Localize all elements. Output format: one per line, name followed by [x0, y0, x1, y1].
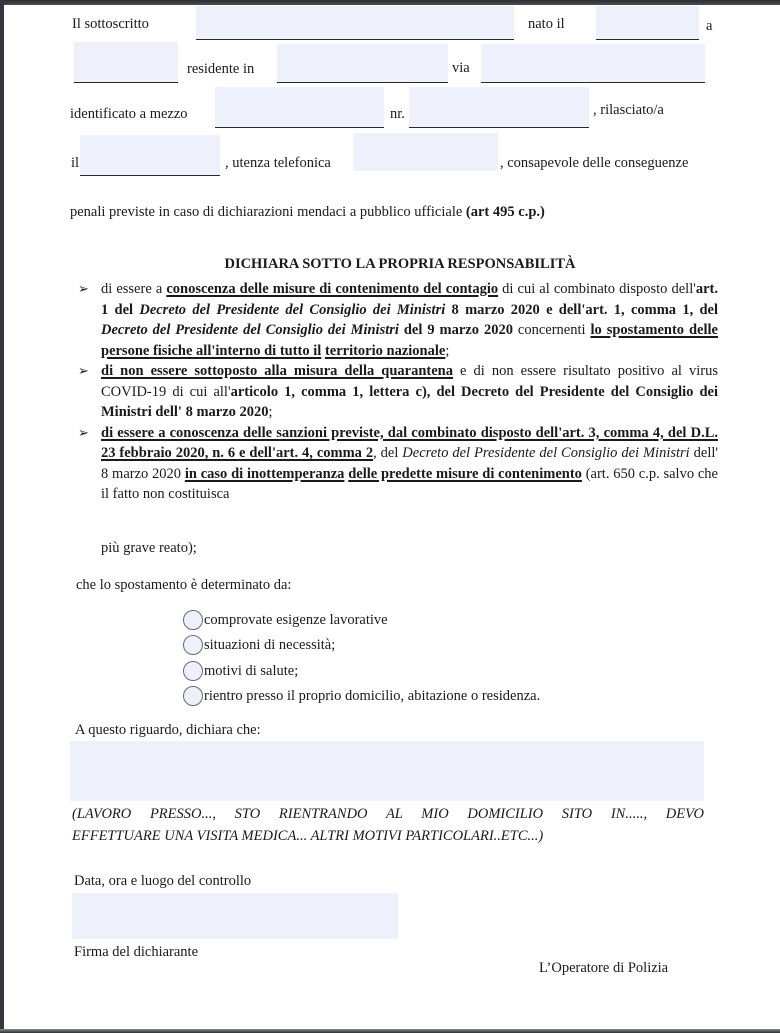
residence-field[interactable] [277, 44, 448, 83]
issue-date-field[interactable] [80, 135, 220, 176]
declaration-heading: DICHIARA SOTTO LA PROPRIA RESPONSABILITÀ [60, 256, 740, 273]
document-type-field[interactable] [215, 87, 384, 128]
declaration-item: ➢ di essere a conoscenza delle sanzioni … [78, 423, 718, 505]
statement-hint-line-2: EFFETTUARE UNA VISITA MEDICA... ALTRI MO… [72, 825, 543, 847]
reason-option-label: comprovate esigenze lavorative [204, 612, 388, 629]
label-il: il [71, 155, 79, 172]
arrowhead-bullet-icon: ➢ [78, 361, 89, 382]
arrowhead-bullet-icon: ➢ [78, 279, 89, 300]
reason-option-label: situazioni di necessità; [204, 637, 335, 654]
document-number-field[interactable] [409, 87, 589, 128]
declaration-item: ➢ di essere a conoscenza delle misure di… [78, 279, 718, 361]
birth-date-field[interactable] [596, 6, 699, 40]
label-nato-il: nato il [528, 16, 565, 33]
statement-field[interactable] [70, 741, 704, 801]
label-utenza: , utenza telefonica [225, 155, 331, 172]
declaration-list: ➢ di essere a conoscenza delle misure di… [78, 279, 718, 505]
label-identificato: identificato a mezzo [70, 106, 188, 123]
birth-place-field[interactable] [74, 42, 178, 83]
reason-option-label: rientro presso il proprio domicilio, abi… [204, 688, 540, 705]
officer-label: L’Operatore di Polizia [539, 960, 668, 977]
radio-button[interactable] [183, 686, 203, 706]
phone-field[interactable] [353, 133, 498, 171]
reason-option-health[interactable]: motivi di salute; [183, 659, 298, 683]
name-field[interactable] [196, 6, 514, 40]
radio-button[interactable] [183, 661, 203, 681]
penal-notice: penali previste in caso di dichiarazioni… [70, 204, 545, 221]
window-frame-bottom [0, 1029, 780, 1033]
reason-option-label: motivi di salute; [204, 663, 298, 680]
label-consapevole: , consapevole delle conseguenze [500, 155, 688, 172]
arrowhead-bullet-icon: ➢ [78, 423, 89, 444]
statement-hint-line-1: (LAVORO PRESSO..., STO RIENTRANDO AL MIO… [72, 803, 704, 825]
label-nr: nr. [390, 106, 405, 123]
street-field[interactable] [481, 44, 705, 83]
label-rilasciato: , rilasciato/a [593, 102, 664, 119]
radio-button[interactable] [183, 610, 203, 630]
radio-button[interactable] [183, 635, 203, 655]
window-frame-top [0, 0, 780, 5]
window-frame-left [0, 0, 4, 1033]
reason-option-necessity[interactable]: situazioni di necessità; [183, 633, 335, 657]
reason-option-work[interactable]: comprovate esigenze lavorative [183, 608, 388, 632]
signature-label: Firma del dichiarante [74, 944, 198, 961]
declaration-item: ➢ di non essere sottoposto alla misura d… [78, 361, 718, 423]
control-date-place-field[interactable] [72, 893, 398, 939]
label-sottoscritto: Il sottoscritto [72, 16, 149, 33]
label-via: via [452, 60, 470, 77]
declaration-continuation: più grave reato); [101, 540, 197, 557]
statement-label: A questo riguardo, dichiara che: [75, 722, 261, 739]
control-label: Data, ora e luogo del controllo [74, 873, 251, 890]
label-residente-in: residente in [187, 61, 254, 78]
reason-label: che lo spostamento è determinato da: [76, 577, 291, 594]
label-a: a [706, 18, 712, 35]
reason-option-return-home[interactable]: rientro presso il proprio domicilio, abi… [183, 684, 540, 708]
